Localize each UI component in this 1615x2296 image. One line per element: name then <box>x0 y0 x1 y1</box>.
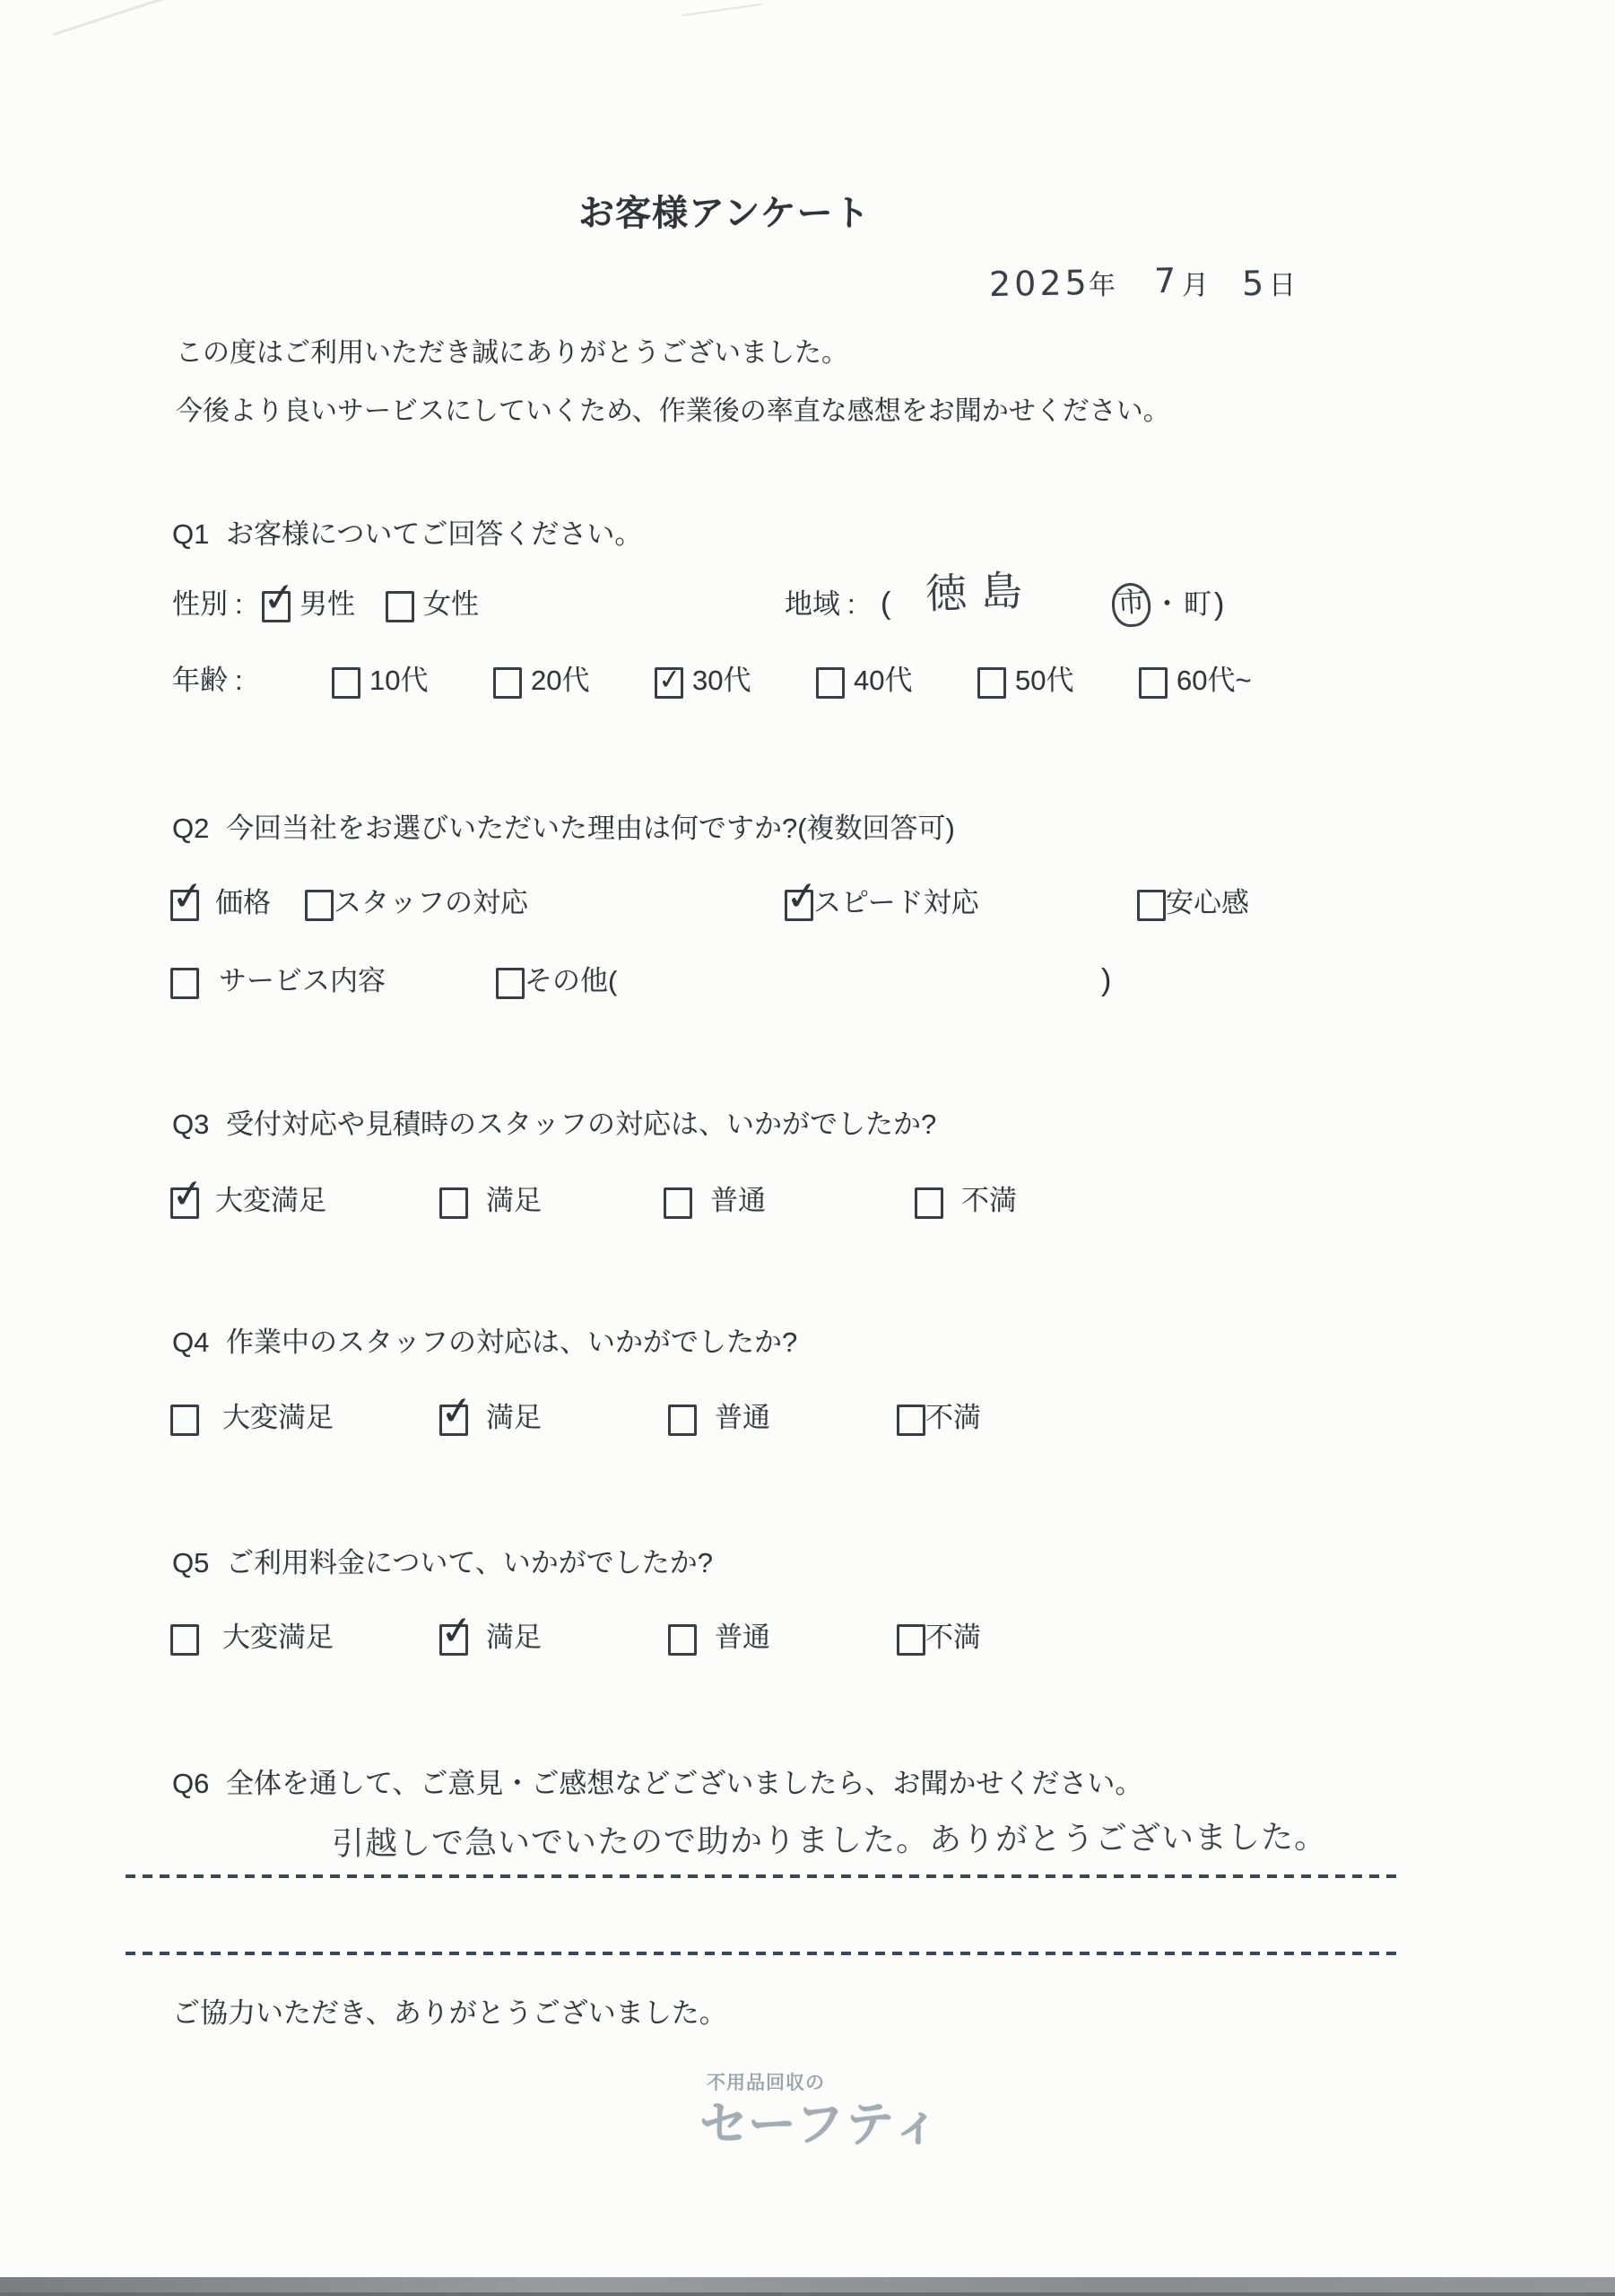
q4-number: Q4 <box>172 1326 209 1361</box>
q6-answer-line-2[interactable] <box>126 1952 1402 1955</box>
date-year-label: 年 <box>1089 269 1116 303</box>
scan-artifact <box>52 0 181 36</box>
q5-heading: ご利用料金について、いかがでしたか? <box>226 1546 713 1581</box>
q4-dissatisfied-label: 不満 <box>925 1401 981 1436</box>
q4-heading: 作業中のスタッフの対応は、いかがでしたか? <box>226 1326 797 1361</box>
q4-very-satisfied-checkbox[interactable] <box>170 1405 199 1436</box>
gender-label: 性別 <box>172 587 228 622</box>
intro-line-2: 今後より良いサービスにしていくため、作業後の率直な感想をお聞かせください。 <box>176 395 1170 429</box>
age-colon: : <box>235 664 243 699</box>
region-paren-close: ) <box>1214 586 1224 624</box>
age-40s-checkbox[interactable] <box>816 667 845 699</box>
gender-colon: : <box>235 587 243 622</box>
q4-normal-checkbox[interactable] <box>668 1405 697 1436</box>
gender-female-label: 女性 <box>423 587 479 622</box>
date-month-handwritten: 7 <box>1154 260 1180 303</box>
date-day-handwritten: 5 <box>1242 263 1268 306</box>
date-month-label: 月 <box>1182 269 1209 303</box>
date-day-label: 日 <box>1269 269 1296 303</box>
q2-other-checkbox[interactable] <box>496 968 525 999</box>
age-label: 年齢 <box>172 664 228 699</box>
q3-normal-checkbox[interactable] <box>664 1187 692 1219</box>
q3-very-satisfied-checkbox[interactable] <box>170 1187 199 1219</box>
age-30s-checkbox[interactable] <box>655 667 683 699</box>
age-60s-checkbox[interactable] <box>1139 667 1168 699</box>
q3-dissatisfied-label: 不満 <box>961 1184 1017 1219</box>
q4-satisfied-label: 満足 <box>486 1401 542 1436</box>
q2-price-checkbox[interactable] <box>170 890 199 921</box>
q3-number: Q3 <box>172 1108 209 1143</box>
q2-other-label: その他( <box>525 964 617 999</box>
region-colon: : <box>847 587 855 622</box>
region-label: 地域 <box>785 587 840 622</box>
q2-speed-response-label: スピード対応 <box>813 886 979 921</box>
q3-normal-label: 普通 <box>710 1184 766 1219</box>
age-50s-checkbox[interactable] <box>977 667 1006 699</box>
gender-female-checkbox[interactable] <box>386 591 414 622</box>
q4-dissatisfied-checkbox[interactable] <box>897 1405 925 1436</box>
q2-number: Q2 <box>172 812 209 847</box>
q2-service-content-checkbox[interactable] <box>170 968 199 999</box>
q5-dissatisfied-checkbox[interactable] <box>897 1624 925 1656</box>
region-value-handwritten: 徳島 <box>925 565 1038 621</box>
intro-line-1: この度はご利用いただき誠にありがとうございました。 <box>176 336 848 370</box>
q3-dissatisfied-checkbox[interactable] <box>915 1187 943 1219</box>
q5-satisfied-checkbox[interactable] <box>439 1624 468 1656</box>
q2-service-content-label: サービス内容 <box>219 964 386 999</box>
q2-heading: 今回当社をお選びいただいた理由は何ですか?(複数回答可) <box>226 812 955 847</box>
age-20s-label: 20代 <box>531 664 589 699</box>
q3-satisfied-label: 満足 <box>486 1184 542 1219</box>
scan-artifact <box>682 4 761 17</box>
q2-price-label: 価格 <box>215 886 271 921</box>
footer-thanks: ご協力いただき、ありがとうございました。 <box>172 1996 727 2031</box>
q2-staff-response-checkbox[interactable] <box>305 890 334 921</box>
region-dot: ・ <box>1153 587 1181 622</box>
scan-bottom-band <box>0 2277 1615 2296</box>
q5-number: Q5 <box>172 1546 209 1581</box>
q6-number: Q6 <box>172 1767 209 1802</box>
q1-number: Q1 <box>172 517 209 552</box>
q1-heading: お客様についてご回答ください。 <box>226 517 642 552</box>
scanned-survey-page: お客様アンケート 2025 年 7 月 5 日 この度はご利用いただき誠にありが… <box>0 0 1615 2296</box>
region-city-label: 市 <box>1116 586 1146 619</box>
region-city-town-group: 市・町) <box>1112 583 1224 627</box>
q5-satisfied-label: 満足 <box>486 1621 542 1656</box>
form-title: お客様アンケート <box>578 191 871 236</box>
q2-other-paren-close: ) <box>1101 961 1111 1000</box>
q5-very-satisfied-label: 大変満足 <box>222 1621 334 1656</box>
q2-reassurance-checkbox[interactable] <box>1137 890 1166 921</box>
q5-normal-label: 普通 <box>715 1621 770 1656</box>
region-town-label: 町 <box>1184 587 1211 622</box>
gender-male-checkbox[interactable] <box>262 591 291 622</box>
q6-answer-line-1[interactable] <box>126 1874 1402 1878</box>
company-logo: セーフティ <box>699 2095 942 2156</box>
q5-dissatisfied-label: 不満 <box>925 1621 981 1656</box>
age-10s-checkbox[interactable] <box>332 667 360 699</box>
region-city-circle-mark: 市 <box>1110 582 1151 629</box>
q6-answer-handwritten: 引越しで急いでいたので助かりました。ありがとうございました。 <box>332 1817 1327 1865</box>
gender-male-label: 男性 <box>300 587 355 622</box>
q2-speed-response-checkbox[interactable] <box>785 890 813 921</box>
q6-heading: 全体を通して、ご意見・ご感想などございましたら、お聞かせください。 <box>226 1767 1142 1802</box>
q2-reassurance-label: 安心感 <box>1166 886 1249 921</box>
q4-normal-label: 普通 <box>715 1401 770 1436</box>
age-20s-checkbox[interactable] <box>493 667 522 699</box>
q3-heading: 受付対応や見積時のスタッフの対応は、いかがでしたか? <box>226 1108 936 1143</box>
age-50s-label: 50代 <box>1015 664 1073 699</box>
age-60s-label: 60代~ <box>1177 664 1252 699</box>
q3-very-satisfied-label: 大変満足 <box>215 1184 326 1219</box>
region-paren-open: ( <box>881 585 890 623</box>
age-40s-label: 40代 <box>854 664 912 699</box>
q4-satisfied-checkbox[interactable] <box>439 1405 468 1436</box>
q5-very-satisfied-checkbox[interactable] <box>170 1624 199 1656</box>
age-30s-label: 30代 <box>692 664 751 699</box>
q5-normal-checkbox[interactable] <box>668 1624 697 1656</box>
q2-staff-response-label: スタッフの対応 <box>334 886 528 921</box>
logo-tagline: 不用品回収の <box>707 2072 825 2095</box>
q4-very-satisfied-label: 大変満足 <box>222 1401 334 1436</box>
age-10s-label: 10代 <box>369 664 428 699</box>
q3-satisfied-checkbox[interactable] <box>439 1187 468 1219</box>
date-year-handwritten: 2025 <box>989 262 1091 306</box>
